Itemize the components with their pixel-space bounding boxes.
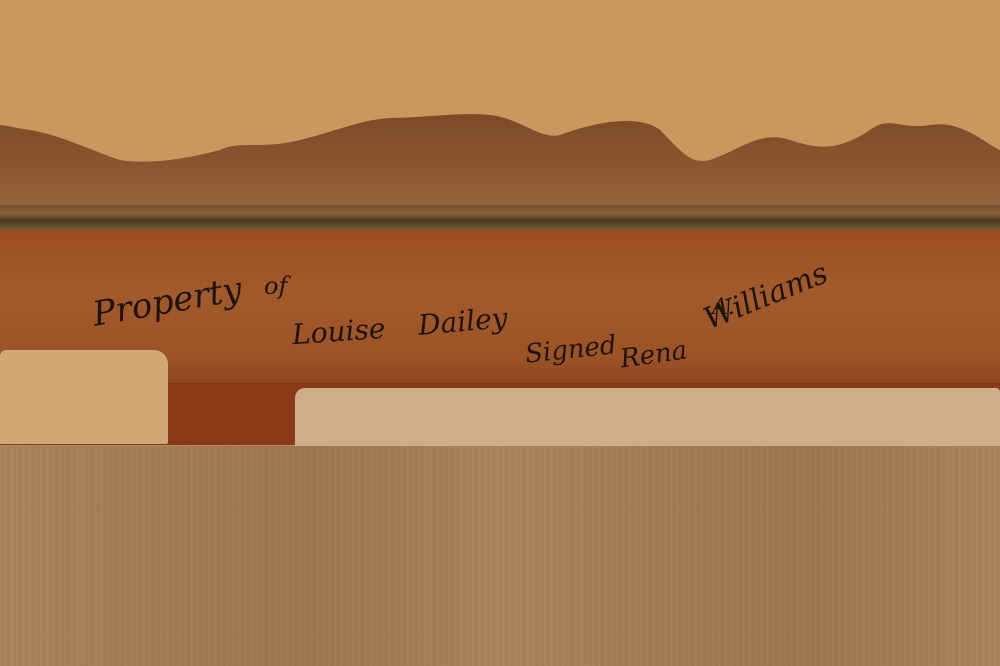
inscription-of: of <box>264 272 287 300</box>
paper-remnant-left <box>0 350 168 444</box>
paper-remnant-right <box>295 388 1000 446</box>
torn-paper-edge <box>0 0 1000 170</box>
frame-molding <box>0 205 1000 233</box>
canvas-shading <box>0 446 1000 666</box>
inscription-louise: Louise <box>291 312 386 351</box>
